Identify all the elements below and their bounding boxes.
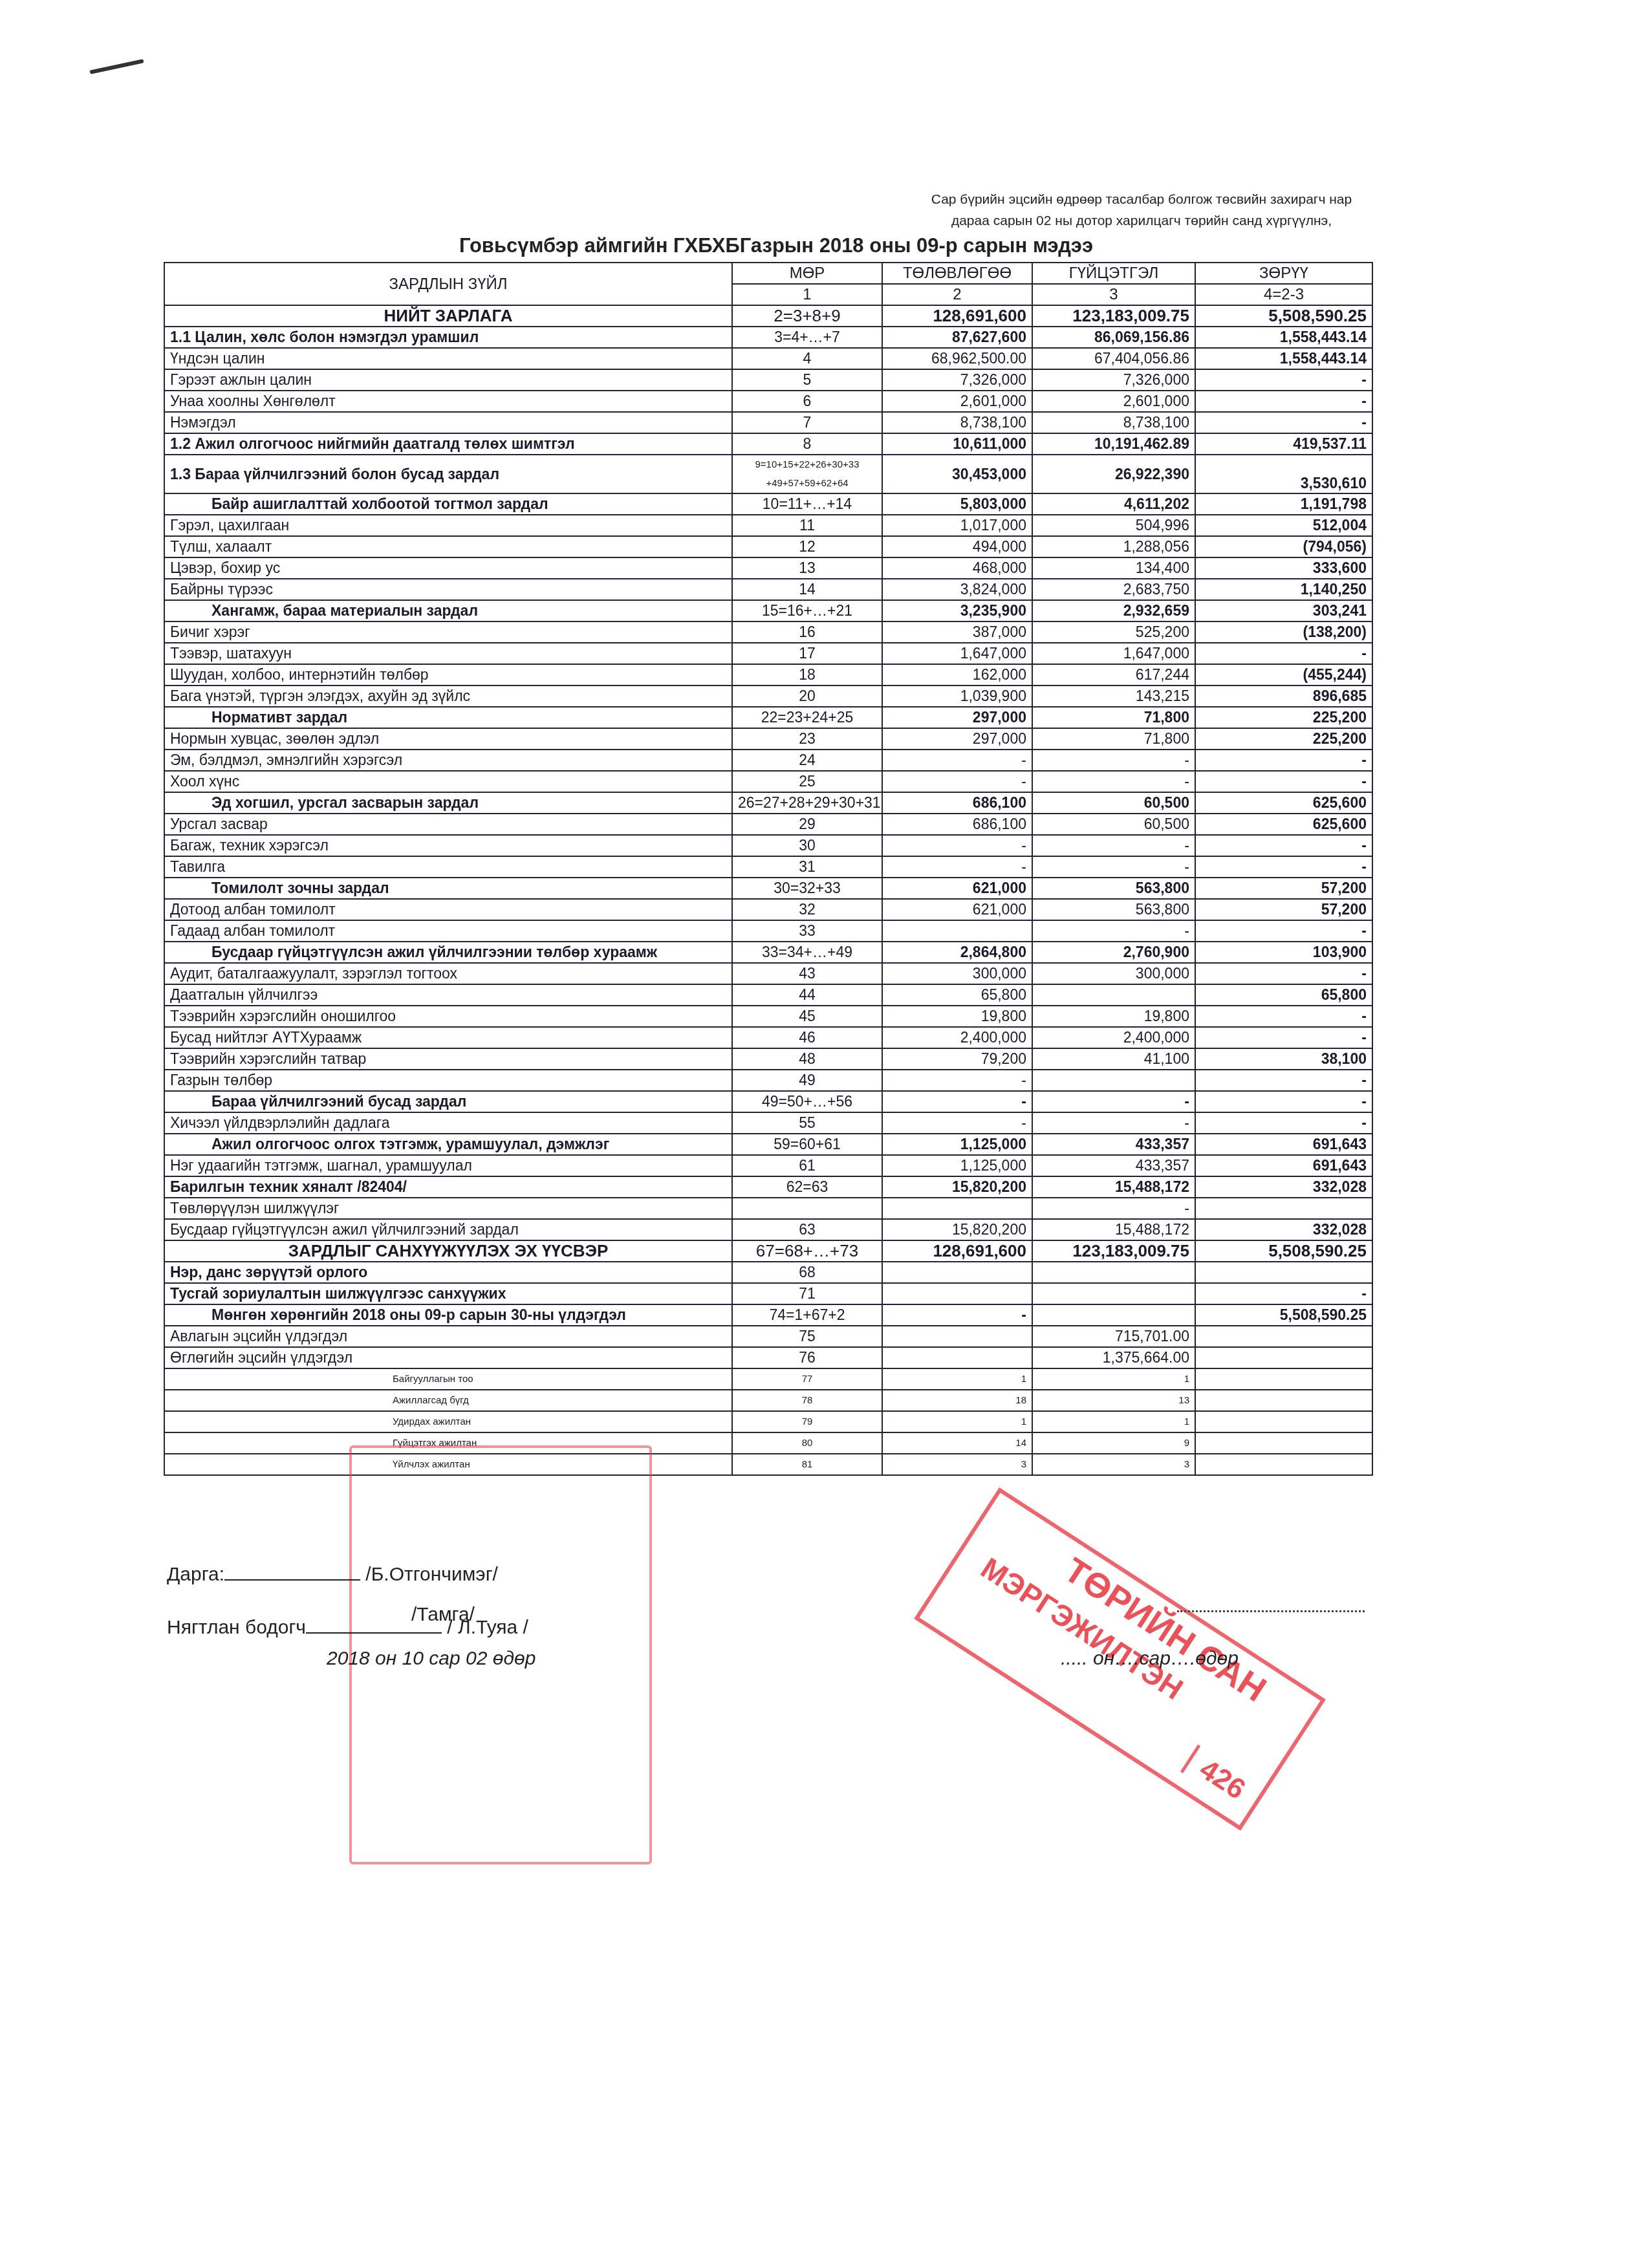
- staff-row: Гүйцэтгэх ажилтан80149: [164, 1432, 1372, 1454]
- difference-count: [1195, 1432, 1372, 1454]
- expense-item-name: Урсгал засвар: [164, 814, 732, 835]
- difference-value: (455,244): [1195, 664, 1372, 686]
- plan-value: 686,100: [882, 792, 1032, 814]
- actual-value: 15,488,172: [1032, 1176, 1195, 1198]
- plan-value: 7,326,000: [882, 369, 1032, 391]
- expense-item-name: Нэмэгдэл: [164, 412, 732, 433]
- expense-item-name: ЗАРДЛЫГ САНХҮҮЖҮҮЛЭХ ЭХ ҮҮСВЭР: [164, 1240, 732, 1262]
- row-code: 78: [732, 1390, 882, 1411]
- expense-item-name: Нормативт зардал: [164, 707, 732, 728]
- actual-value: 715,701.00: [1032, 1326, 1195, 1347]
- table-row: Томилолт зочны зардал30=32+33621,000563,…: [164, 878, 1372, 899]
- difference-count: [1195, 1411, 1372, 1432]
- expense-item-name: Томилолт зочны зардал: [164, 878, 732, 899]
- difference-value: -: [1195, 771, 1372, 792]
- expense-report-table: ЗАРДЛЫН ЗҮЙЛ МӨР ТӨЛӨВЛӨГӨӨ ГҮЙЦЭТГЭЛ ЗӨ…: [164, 262, 1373, 1476]
- actual-value: -: [1032, 750, 1195, 771]
- plan-value: 30,453,000: [882, 455, 1032, 493]
- table-row: Тээврийн хэрэгслийн татвар4879,20041,100…: [164, 1048, 1372, 1070]
- difference-value: 65,800: [1195, 984, 1372, 1006]
- table-row: 1.1 Цалин, хөлс болон нэмэгдэл урамшил3=…: [164, 327, 1372, 348]
- row-code: 75: [732, 1326, 882, 1347]
- table-row: Урсгал засвар29686,10060,500625,600: [164, 814, 1372, 835]
- actual-count: 1: [1032, 1411, 1195, 1432]
- treasury-signature-line: [1177, 1610, 1365, 1612]
- row-code: 17: [732, 643, 882, 664]
- table-row: Бусад нийтлэг АҮТХураамж462,400,0002,400…: [164, 1027, 1372, 1048]
- plan-value: 15,820,200: [882, 1219, 1032, 1240]
- plan-count: 1: [882, 1368, 1032, 1390]
- table-row: Тавилга31---: [164, 856, 1372, 878]
- difference-value: -: [1195, 1283, 1372, 1304]
- difference-value: [1195, 1198, 1372, 1219]
- row-code: 59=60+61: [732, 1134, 882, 1155]
- table-row: Эм, бэлдмэл, эмнэлгийн хэрэгсэл24---: [164, 750, 1372, 771]
- plan-value: 2,400,000: [882, 1027, 1032, 1048]
- row-code: 49=50+…+56: [732, 1091, 882, 1112]
- difference-value: 691,643: [1195, 1155, 1372, 1176]
- column-number-difference: 4=2-3: [1195, 284, 1372, 305]
- expense-item-name: Хангамж, бараа материалын зардал: [164, 600, 732, 621]
- expense-item-name: Эм, бэлдмэл, эмнэлгийн хэрэгсэл: [164, 750, 732, 771]
- plan-value: 3,824,000: [882, 579, 1032, 600]
- row-code: 44: [732, 984, 882, 1006]
- row-code: 14: [732, 579, 882, 600]
- difference-value: 5,508,590.25: [1195, 1304, 1372, 1326]
- expense-item-name: Тавилга: [164, 856, 732, 878]
- table-row: Гэрээт ажлын цалин57,326,0007,326,000-: [164, 369, 1372, 391]
- expense-item-name: Хоол хүнс: [164, 771, 732, 792]
- expense-item-name: Газрын төлбөр: [164, 1070, 732, 1091]
- row-code: 23: [732, 728, 882, 750]
- table-row: Шуудан, холбоо, интернэтийн төлбөр18162,…: [164, 664, 1372, 686]
- row-code: 43: [732, 963, 882, 984]
- table-row: Байр ашиглалттай холбоотой тогтмол зарда…: [164, 493, 1372, 515]
- difference-value: -: [1195, 750, 1372, 771]
- expense-item-name: Үндсэн цалин: [164, 348, 732, 369]
- row-code: [732, 1198, 882, 1219]
- plan-value: 297,000: [882, 707, 1032, 728]
- row-code: 33=34+…+49: [732, 942, 882, 963]
- plan-value: 87,627,600: [882, 327, 1032, 348]
- actual-value: 433,357: [1032, 1155, 1195, 1176]
- difference-count: [1195, 1368, 1372, 1390]
- row-code: 15=16+…+21: [732, 600, 882, 621]
- row-code: 30: [732, 835, 882, 856]
- row-code: 13: [732, 557, 882, 579]
- header-row: ЗАРДЛЫН ЗҮЙЛ МӨР ТӨЛӨВЛӨГӨӨ ГҮЙЦЭТГЭЛ ЗӨ…: [164, 263, 1372, 284]
- difference-value: -: [1195, 1027, 1372, 1048]
- actual-value: -: [1032, 1112, 1195, 1134]
- table-row: Байрны түрээс143,824,0002,683,7501,140,2…: [164, 579, 1372, 600]
- row-code: 61: [732, 1155, 882, 1176]
- difference-value: -: [1195, 963, 1372, 984]
- plan-value: -: [882, 1112, 1032, 1134]
- plan-value: 3,235,900: [882, 600, 1032, 621]
- plan-value: 128,691,600: [882, 1240, 1032, 1262]
- difference-value: 625,600: [1195, 814, 1372, 835]
- table-row: Хангамж, бараа материалын зардал15=16+…+…: [164, 600, 1372, 621]
- difference-value: [1195, 1326, 1372, 1347]
- difference-value: 332,028: [1195, 1219, 1372, 1240]
- actual-value: 1,647,000: [1032, 643, 1195, 664]
- plan-value: 128,691,600: [882, 305, 1032, 327]
- difference-count: [1195, 1390, 1372, 1411]
- table-row: 1.3 Бараа үйлчилгээний болон бусад зарда…: [164, 455, 1372, 493]
- plan-value: 297,000: [882, 728, 1032, 750]
- plan-value: 686,100: [882, 814, 1032, 835]
- table-row: Үндсэн цалин468,962,500.0067,404,056.861…: [164, 348, 1372, 369]
- difference-value: -: [1195, 920, 1372, 942]
- accountant-name: / Л.Туяа /: [447, 1617, 528, 1638]
- actual-value: -: [1032, 771, 1195, 792]
- actual-value: 143,215: [1032, 686, 1195, 707]
- row-code: 12: [732, 536, 882, 557]
- table-row: Тээврийн хэрэгслийн оношилгоо4519,80019,…: [164, 1006, 1372, 1027]
- actual-value: -: [1032, 1091, 1195, 1112]
- row-code: 79: [732, 1411, 882, 1432]
- row-code: 31: [732, 856, 882, 878]
- director-signature-blank: [224, 1579, 360, 1581]
- plan-value: [882, 1262, 1032, 1283]
- actual-value: 563,800: [1032, 878, 1195, 899]
- table-row: Хоол хүнс25---: [164, 771, 1372, 792]
- actual-value: 433,357: [1032, 1134, 1195, 1155]
- plan-value: [882, 1347, 1032, 1368]
- difference-value: 303,241: [1195, 600, 1372, 621]
- plan-value: -: [882, 1070, 1032, 1091]
- actual-value: [1032, 1283, 1195, 1304]
- row-code: 16: [732, 621, 882, 643]
- table-row: Тээвэр, шатахуун171,647,0001,647,000-: [164, 643, 1372, 664]
- staff-row: Байгууллагын тоо7711: [164, 1368, 1372, 1390]
- plan-count: 3: [882, 1454, 1032, 1475]
- table-row: Нэмэгдэл78,738,1008,738,100-: [164, 412, 1372, 433]
- difference-value: 333,600: [1195, 557, 1372, 579]
- plan-count: 14: [882, 1432, 1032, 1454]
- plan-value: 2,864,800: [882, 942, 1032, 963]
- table-row: Бусдаар гүйцэтгүүлсэн ажил үйлчилгээний …: [164, 1219, 1372, 1240]
- expense-item-name: Аудит, баталгаажуулалт, зэрэглэл тогтоох: [164, 963, 732, 984]
- submission-instruction: Сар бүрийн эцсийн өдрөөр тасалбар болгож…: [896, 189, 1387, 232]
- plan-value: [882, 1283, 1032, 1304]
- row-code: 80: [732, 1432, 882, 1454]
- table-row: Нормативт зардал22=23+24+25297,00071,800…: [164, 707, 1372, 728]
- actual-value: 123,183,009.75: [1032, 305, 1195, 327]
- table-row: Дотоод албан томилолт32621,000563,80057,…: [164, 899, 1372, 920]
- table-row: Нэр, данс зөрүүтэй орлого68: [164, 1262, 1372, 1283]
- difference-value: [1195, 1262, 1372, 1283]
- instruction-line-2: дараа сарын 02 ны дотор харилцагч төрийн…: [896, 210, 1387, 232]
- expense-item-name: 1.2 Ажил олгогчоос нийгмийн даатгалд төл…: [164, 433, 732, 455]
- table-row: Гадаад албан томилолт33--: [164, 920, 1372, 942]
- plan-value: 300,000: [882, 963, 1032, 984]
- expense-item-name: Байрны түрээс: [164, 579, 732, 600]
- difference-value: -: [1195, 643, 1372, 664]
- plan-value: 1,125,000: [882, 1134, 1032, 1155]
- difference-value: 1,140,250: [1195, 579, 1372, 600]
- plan-value: 5,803,000: [882, 493, 1032, 515]
- difference-value: 103,900: [1195, 942, 1372, 963]
- table-row: ЗАРДЛЫГ САНХҮҮЖҮҮЛЭХ ЭХ ҮҮСВЭР67=68+…+73…: [164, 1240, 1372, 1262]
- table-row: Унаа хоолны Хөнгөлөлт62,601,0002,601,000…: [164, 391, 1372, 412]
- row-code: 81: [732, 1454, 882, 1475]
- table-row: Бага үнэтэй, түргэн элэгдэх, ахуйн эд зү…: [164, 686, 1372, 707]
- row-code: 18: [732, 664, 882, 686]
- row-code: 7: [732, 412, 882, 433]
- plan-value: 10,611,000: [882, 433, 1032, 455]
- expense-item-name: Цэвэр, бохир ус: [164, 557, 732, 579]
- row-code: 77: [732, 1368, 882, 1390]
- column-header-expense-item: ЗАРДЛЫН ЗҮЙЛ: [164, 263, 732, 305]
- staff-row: Үйлчлэх ажилтан8133: [164, 1454, 1372, 1475]
- expense-item-name: Гэрээт ажлын цалин: [164, 369, 732, 391]
- actual-value: 60,500: [1032, 814, 1195, 835]
- expense-item-name: Тээврийн хэрэгслийн оношилгоо: [164, 1006, 732, 1027]
- table-row: Эд хогшил, урсгал засварын зардал26=27+2…: [164, 792, 1372, 814]
- difference-count: [1195, 1454, 1372, 1475]
- plan-value: 1,039,900: [882, 686, 1032, 707]
- expense-item-name: Нэр, данс зөрүүтэй орлого: [164, 1262, 732, 1283]
- actual-value: 525,200: [1032, 621, 1195, 643]
- plan-value: 19,800: [882, 1006, 1032, 1027]
- actual-value: 41,100: [1032, 1048, 1195, 1070]
- plan-value: 621,000: [882, 899, 1032, 920]
- difference-value: 225,200: [1195, 728, 1372, 750]
- difference-value: 38,100: [1195, 1048, 1372, 1070]
- scan-mark: [89, 59, 144, 74]
- plan-value: [882, 1326, 1032, 1347]
- expense-item-name: Авлагын эцсийн үлдэгдэл: [164, 1326, 732, 1347]
- column-number-actual: 3: [1032, 284, 1195, 305]
- expense-item-name: Ажил олгогчоос олгох тэтгэмж, урамшуулал…: [164, 1134, 732, 1155]
- actual-value: 2,601,000: [1032, 391, 1195, 412]
- difference-value: -: [1195, 391, 1372, 412]
- actual-value: 26,922,390: [1032, 455, 1195, 493]
- actual-value: 1,288,056: [1032, 536, 1195, 557]
- expense-rows: НИЙТ ЗАРЛАГА2=3+8+9128,691,600123,183,00…: [164, 305, 1372, 1368]
- accountant-label: Нягтлан бодогч: [167, 1617, 306, 1638]
- actual-value: 2,683,750: [1032, 579, 1195, 600]
- expense-item-name: Тусгай зориулалтын шилжүүлгээс санхүүжих: [164, 1283, 732, 1304]
- difference-value: 57,200: [1195, 899, 1372, 920]
- actual-value: 71,800: [1032, 707, 1195, 728]
- row-code: 68: [732, 1262, 882, 1283]
- row-code: 8: [732, 433, 882, 455]
- difference-value: 625,600: [1195, 792, 1372, 814]
- plan-value: 1,125,000: [882, 1155, 1032, 1176]
- director-signature-line: Дарга: /Б.Отгончимэг/: [167, 1564, 498, 1586]
- actual-count: 9: [1032, 1432, 1195, 1454]
- table-row: Нэг удаагийн тэтгэмж, шагнал, урамшуулал…: [164, 1155, 1372, 1176]
- actual-value: 86,069,156.86: [1032, 327, 1195, 348]
- accountant-signature-line: Нягтлан бодогч / Л.Туяа /: [167, 1617, 528, 1639]
- expense-item-name: Хичээл үйлдвэрлэлийн дадлага: [164, 1112, 732, 1134]
- table-row: Газрын төлбөр49--: [164, 1070, 1372, 1091]
- plan-value: 494,000: [882, 536, 1032, 557]
- difference-value: [1195, 1347, 1372, 1368]
- table-row: Нормын хувцас, зөөлөн эдлэл23297,00071,8…: [164, 728, 1372, 750]
- row-code: 26=27+28+29+30+31: [732, 792, 882, 814]
- row-code: 2=3+8+9: [732, 305, 882, 327]
- signed-date: 2018 он 10 сар 02 өдөр: [327, 1648, 536, 1670]
- plan-value: 162,000: [882, 664, 1032, 686]
- row-code: 20: [732, 686, 882, 707]
- row-code: 4: [732, 348, 882, 369]
- stamp-number: 426: [1180, 1744, 1251, 1806]
- actual-value: 60,500: [1032, 792, 1195, 814]
- expense-item-name: Түлш, халаалт: [164, 536, 732, 557]
- expense-item-name: Гадаад албан томилолт: [164, 920, 732, 942]
- plan-count: 18: [882, 1390, 1032, 1411]
- row-code: 11: [732, 515, 882, 536]
- table-row: Гэрэл, цахилгаан111,017,000504,996512,00…: [164, 515, 1372, 536]
- row-code: 5: [732, 369, 882, 391]
- expense-item-name: Гэрэл, цахилгаан: [164, 515, 732, 536]
- expense-item-name: НИЙТ ЗАРЛАГА: [164, 305, 732, 327]
- row-code: 30=32+33: [732, 878, 882, 899]
- column-header-plan: ТӨЛӨВЛӨГӨӨ: [882, 263, 1032, 284]
- plan-value: 65,800: [882, 984, 1032, 1006]
- actual-value: -: [1032, 835, 1195, 856]
- difference-value: -: [1195, 835, 1372, 856]
- actual-value: -: [1032, 920, 1195, 942]
- plan-value: -: [882, 1091, 1032, 1112]
- actual-value: 2,760,900: [1032, 942, 1195, 963]
- table-row: Хичээл үйлдвэрлэлийн дадлага55---: [164, 1112, 1372, 1134]
- expense-item-name: Даатгалын үйлчилгээ: [164, 984, 732, 1006]
- row-code: 46: [732, 1027, 882, 1048]
- column-header-actual: ГҮЙЦЭТГЭЛ: [1032, 263, 1195, 284]
- actual-value: 2,932,659: [1032, 600, 1195, 621]
- row-code: 33: [732, 920, 882, 942]
- column-header-difference: ЗӨРҮҮ: [1195, 263, 1372, 284]
- difference-value: -: [1195, 369, 1372, 391]
- expense-item-name: Бага үнэтэй, түргэн элэгдэх, ахуйн эд зү…: [164, 686, 732, 707]
- plan-value: 621,000: [882, 878, 1032, 899]
- actual-count: 13: [1032, 1390, 1195, 1411]
- expense-item-name: Бараа үйлчилгээний бусад зардал: [164, 1091, 732, 1112]
- table-row: 1.2 Ажил олгогчоос нийгмийн даатгалд төл…: [164, 433, 1372, 455]
- staff-category: Ажиллагсад бүгд: [164, 1390, 732, 1411]
- expense-item-name: Барилгын техник хяналт /82404/: [164, 1176, 732, 1198]
- table-row: Цэвэр, бохир ус13468,000134,400333,600: [164, 557, 1372, 579]
- difference-value: -: [1195, 1070, 1372, 1091]
- row-code: 6: [732, 391, 882, 412]
- difference-value: -: [1195, 412, 1372, 433]
- plan-value: -: [882, 835, 1032, 856]
- row-code: 63: [732, 1219, 882, 1240]
- actual-value: -: [1032, 856, 1195, 878]
- plan-value: 8,738,100: [882, 412, 1032, 433]
- table-row: Ажил олгогчоос олгох тэтгэмж, урамшуулал…: [164, 1134, 1372, 1155]
- expense-item-name: Тээврийн хэрэгслийн татвар: [164, 1048, 732, 1070]
- difference-value: 5,508,590.25: [1195, 305, 1372, 327]
- expense-item-name: Шуудан, холбоо, интернэтийн төлбөр: [164, 664, 732, 686]
- table-row: Багаж, техник хэрэгсэл30---: [164, 835, 1372, 856]
- row-code: 29: [732, 814, 882, 835]
- row-code: 76: [732, 1347, 882, 1368]
- difference-value: 225,200: [1195, 707, 1372, 728]
- row-code: 3=4+…+7: [732, 327, 882, 348]
- staff-category: Байгууллагын тоо: [164, 1368, 732, 1390]
- actual-value: 67,404,056.86: [1032, 348, 1195, 369]
- table-row: Түлш, халаалт12494,0001,288,056(794,056): [164, 536, 1372, 557]
- staff-row: Удирдах ажилтан7911: [164, 1411, 1372, 1432]
- table-row: Аудит, баталгаажуулалт, зэрэглэл тогтоох…: [164, 963, 1372, 984]
- instruction-line-1: Сар бүрийн эцсийн өдрөөр тасалбар болгож…: [896, 189, 1387, 210]
- expense-item-name: 1.3 Бараа үйлчилгээний болон бусад зарда…: [164, 455, 732, 493]
- difference-value: 5,508,590.25: [1195, 1240, 1372, 1262]
- actual-value: 563,800: [1032, 899, 1195, 920]
- plan-value: 387,000: [882, 621, 1032, 643]
- plan-value: -: [882, 750, 1032, 771]
- director-name: /Б.Отгончимэг/: [365, 1564, 498, 1585]
- table-row: Өглөгийн эцсийн үлдэгдэл761,375,664.00: [164, 1347, 1372, 1368]
- expense-item-name: Унаа хоолны Хөнгөлөлт: [164, 391, 732, 412]
- treasury-date-blank: ..... он….сар….өдөр: [1061, 1648, 1239, 1670]
- plan-value: 2,601,000: [882, 391, 1032, 412]
- difference-value: 512,004: [1195, 515, 1372, 536]
- expense-item-name: Тээвэр, шатахуун: [164, 643, 732, 664]
- difference-value: 57,200: [1195, 878, 1372, 899]
- expense-item-name: Бусад нийтлэг АҮТХураамж: [164, 1027, 732, 1048]
- difference-value: 896,685: [1195, 686, 1372, 707]
- actual-value: 123,183,009.75: [1032, 1240, 1195, 1262]
- actual-value: 300,000: [1032, 963, 1195, 984]
- column-number-plan: 2: [882, 284, 1032, 305]
- actual-value: [1032, 1304, 1195, 1326]
- actual-value: 19,800: [1032, 1006, 1195, 1027]
- expense-item-name: Багаж, техник хэрэгсэл: [164, 835, 732, 856]
- actual-value: 7,326,000: [1032, 369, 1195, 391]
- expense-item-name: Бичиг хэрэг: [164, 621, 732, 643]
- actual-value: 71,800: [1032, 728, 1195, 750]
- plan-value: 68,962,500.00: [882, 348, 1032, 369]
- plan-count: 1: [882, 1411, 1032, 1432]
- difference-value: 691,643: [1195, 1134, 1372, 1155]
- actual-value: 4,611,202: [1032, 493, 1195, 515]
- table-row: НИЙТ ЗАРЛАГА2=3+8+9128,691,600123,183,00…: [164, 305, 1372, 327]
- report-title: Говьсүмбэр аймгийн ГХБХБГазрын 2018 оны …: [162, 234, 1391, 257]
- difference-value: -: [1195, 1091, 1372, 1112]
- difference-value: 332,028: [1195, 1176, 1372, 1198]
- expense-item-name: Бусдаар гүйцэтгүүлсэн ажил үйлчилгээнии …: [164, 942, 732, 963]
- row-code: 10=11+…+14: [732, 493, 882, 515]
- table-row: Бичиг хэрэг16387,000525,200(138,200): [164, 621, 1372, 643]
- difference-value: (138,200): [1195, 621, 1372, 643]
- difference-value: 1,558,443.14: [1195, 327, 1372, 348]
- expense-item-name: Бусдаар гүйцэтгүүлсэн ажил үйлчилгээний …: [164, 1219, 732, 1240]
- actual-value: 2,400,000: [1032, 1027, 1195, 1048]
- difference-value: (794,056): [1195, 536, 1372, 557]
- table-row: Бараа үйлчилгээний бусад зардал49=50+…+5…: [164, 1091, 1372, 1112]
- expense-item-name: Байр ашиглалттай холбоотой тогтмол зарда…: [164, 493, 732, 515]
- accountant-signature-blank: [306, 1632, 442, 1634]
- expense-item-name: Нэг удаагийн тэтгэмж, шагнал, урамшуулал: [164, 1155, 732, 1176]
- actual-value: 15,488,172: [1032, 1219, 1195, 1240]
- table-row: Мөнгөн хөрөнгийн 2018 оны 09-р сарын 30-…: [164, 1304, 1372, 1326]
- actual-value: 1,375,664.00: [1032, 1347, 1195, 1368]
- table-row: Даатгалын үйлчилгээ4465,80065,800: [164, 984, 1372, 1006]
- staff-rows: Байгууллагын тоо7711Ажиллагсад бүгд78181…: [164, 1368, 1372, 1475]
- table-row: Бусдаар гүйцэтгүүлсэн ажил үйлчилгээнии …: [164, 942, 1372, 963]
- plan-value: -: [882, 1304, 1032, 1326]
- director-label: Дарга:: [167, 1564, 224, 1585]
- actual-value: [1032, 984, 1195, 1006]
- row-code: 24: [732, 750, 882, 771]
- row-code: 67=68+…+73: [732, 1240, 882, 1262]
